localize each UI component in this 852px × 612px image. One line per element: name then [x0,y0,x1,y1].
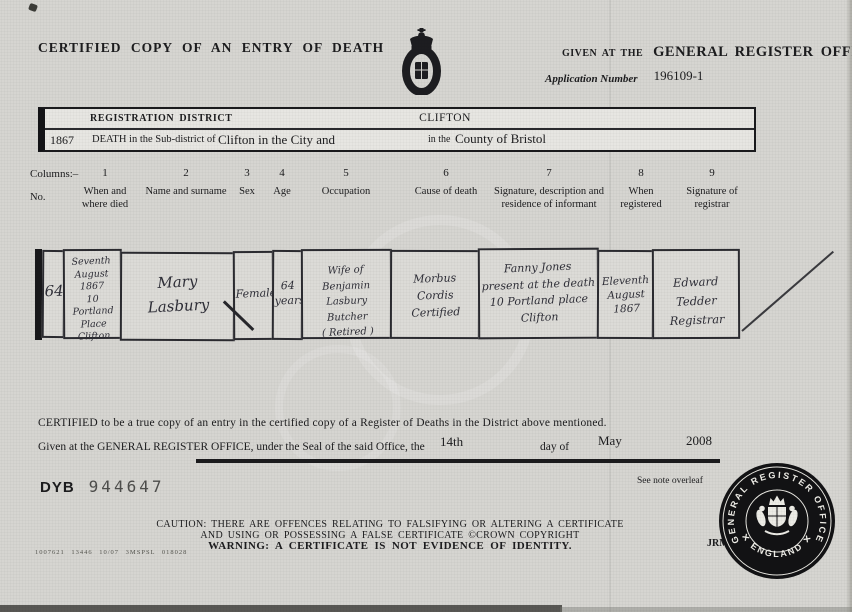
subdistrict-name: Clifton in the City and [218,132,335,148]
entry-cell-age: 64 years [272,250,303,340]
death-certificate: CERTIFIED COPY OF AN ENTRY OF DEATH GIVE… [0,0,852,612]
application-number-line: Application Number 196109-1 [545,69,703,87]
scan-edge-bottom [0,605,562,612]
closing-diagonal-line [741,251,834,332]
entry-cell-informant: Fanny Jones present at the death 10 Port… [478,248,599,340]
column-header-5: 5 Occupation [301,167,391,199]
entry-informant: Fanny Jones present at the death 10 Port… [478,248,598,329]
entry-cell-occupation: Wife of Benjamin Lasbury Butcher ( Retir… [301,249,392,339]
certificate-serial: DYB 944647 [40,477,164,497]
serial-number: 944647 [89,477,165,496]
given-at-office-statement: Given at the GENERAL REGISTER OFFICE, un… [38,441,425,453]
registration-year: 1867 [50,133,74,148]
registration-district-label: REGISTRATION DISTRICT [90,113,233,124]
serial-prefix: DYB [40,479,75,496]
scan-edge-bottom-right [560,607,852,612]
column-header-9: 9 Signature of registrar [672,167,752,211]
death-subdistrict-label: DEATH in the Sub-district of [92,134,216,145]
general-register-office-seal: GENERAL REGISTER OFFICE ✕ ENGLAND ✕ [717,461,837,581]
entry-when-registered: Eleventh August 1867 [598,251,654,317]
issue-year: 2008 [686,433,712,449]
given-at-prefix: GIVEN AT THE [562,48,643,59]
registration-district-box: REGISTRATION DISTRICT CLIFTON 1867 DEATH… [38,107,756,152]
entry-occupation: Wife of Benjamin Lasbury Butcher ( Retir… [301,249,391,342]
issue-day: 14th [440,434,463,450]
column-no-label: No. [30,192,45,203]
given-at-line: GIVEN AT THE GENERAL REGISTER OFFICE [562,43,852,61]
see-note-overleaf: See note overleaf [637,476,703,486]
entry-when-where-died: Seventh August 1867 10 Portland Place Cl… [63,250,122,345]
entry-cell-sex: Female [233,251,274,340]
day-of-label: day of [540,441,569,453]
application-number-label: Application Number [545,73,638,85]
entry-no: 64 [43,252,63,301]
entry-cell-registrar: Edward Tedder Registrar [652,249,740,339]
column-header-3: 3 Sex [227,167,267,199]
office-name: GENERAL REGISTER OFFICE [653,44,852,60]
entry-cell-no: 64 [42,250,66,338]
district-name: CLIFTON [385,112,505,124]
county-name: County of Bristol [455,131,546,147]
entry-registrar-signature: Edward Tedder Registrar [653,249,740,331]
entry-cell-name: Mary Lasbury [120,252,235,342]
scan-speck [28,3,38,12]
scan-edge-right [846,0,852,612]
entry-age: 64 years [273,252,302,309]
document-title: CERTIFIED COPY OF AN ENTRY OF DEATH [38,40,384,56]
royal-crest-icon [398,28,445,95]
certified-statement: CERTIFIED to be a true copy of an entry … [38,417,607,429]
column-header-4: 4 Age [262,167,302,199]
column-header-7: 7 Signature, description and residence o… [474,167,624,211]
entry-cause-of-death: Morbus Cordis Certified [391,251,479,323]
column-header-8: 8 When registered [606,167,676,211]
application-number-value: 196109-1 [654,68,704,83]
in-the-label: in the [428,134,451,145]
caution-line-1: CAUTION: THERE ARE OFFENCES RELATING TO … [100,519,680,531]
entry-sex: Female [234,252,273,300]
entry-name-surname: Mary Lasbury [121,251,235,320]
entry-cell-cause-of-death: Morbus Cordis Certified [390,250,480,339]
entry-cell-when-registered: Eleventh August 1867 [597,250,654,339]
issue-month: May [598,433,622,449]
print-code: 1007621 13446 10/07 3MSPSL 018028 [35,549,187,556]
entry-cell-when-where-died: Seventh August 1867 10 Portland Place Cl… [63,249,122,339]
separator-bar [196,459,720,463]
district-box-divider [45,128,754,130]
